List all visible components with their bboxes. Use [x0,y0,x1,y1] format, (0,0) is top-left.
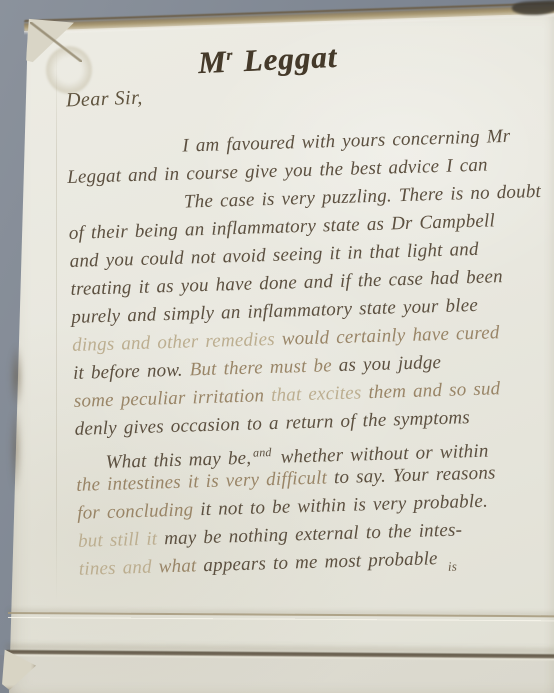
line-segment: dings and other remedies [72,329,282,356]
line-segment: the intestines it is very difficult [76,467,334,496]
line-segment: but still it [78,528,165,552]
line-segment: what [158,555,203,577]
heading-name: Leggat [243,39,338,78]
line-segment: it before now. [73,359,190,383]
line-segment: some peculiar irritation [74,385,272,412]
line-segment: as you judge [338,352,441,376]
line-segment: for concluding [77,499,201,524]
line-segment: them and so sud [368,378,501,403]
bottom-page-band [0,655,554,693]
line-segment: that excites [271,382,369,406]
line-segment: appears to me most probable [203,548,438,576]
line-segment: would certainly have cured [281,322,499,349]
left-edge-smudge [7,345,23,505]
line-segment: it not to be within is very probable. [200,491,488,521]
inserted-word: and [253,445,272,460]
photo-stage: MrLeggat Dear Sir, I am favoured with yo… [0,0,554,693]
line-segment: But there must be [189,355,339,380]
line-segment: to say. Your reasons [334,462,496,488]
heading-superscript: r [226,48,234,64]
letter-heading: MrLeggat [197,39,338,81]
line-segment: is [448,559,458,574]
paper-stain [46,46,92,94]
vertical-crease [56,44,57,604]
letter-body: I am favoured with yours concerning MrLe… [66,122,554,584]
salutation: Dear Sir, [66,87,143,113]
heading-prefix: M [197,44,227,80]
line-segment: tines and [79,556,159,579]
